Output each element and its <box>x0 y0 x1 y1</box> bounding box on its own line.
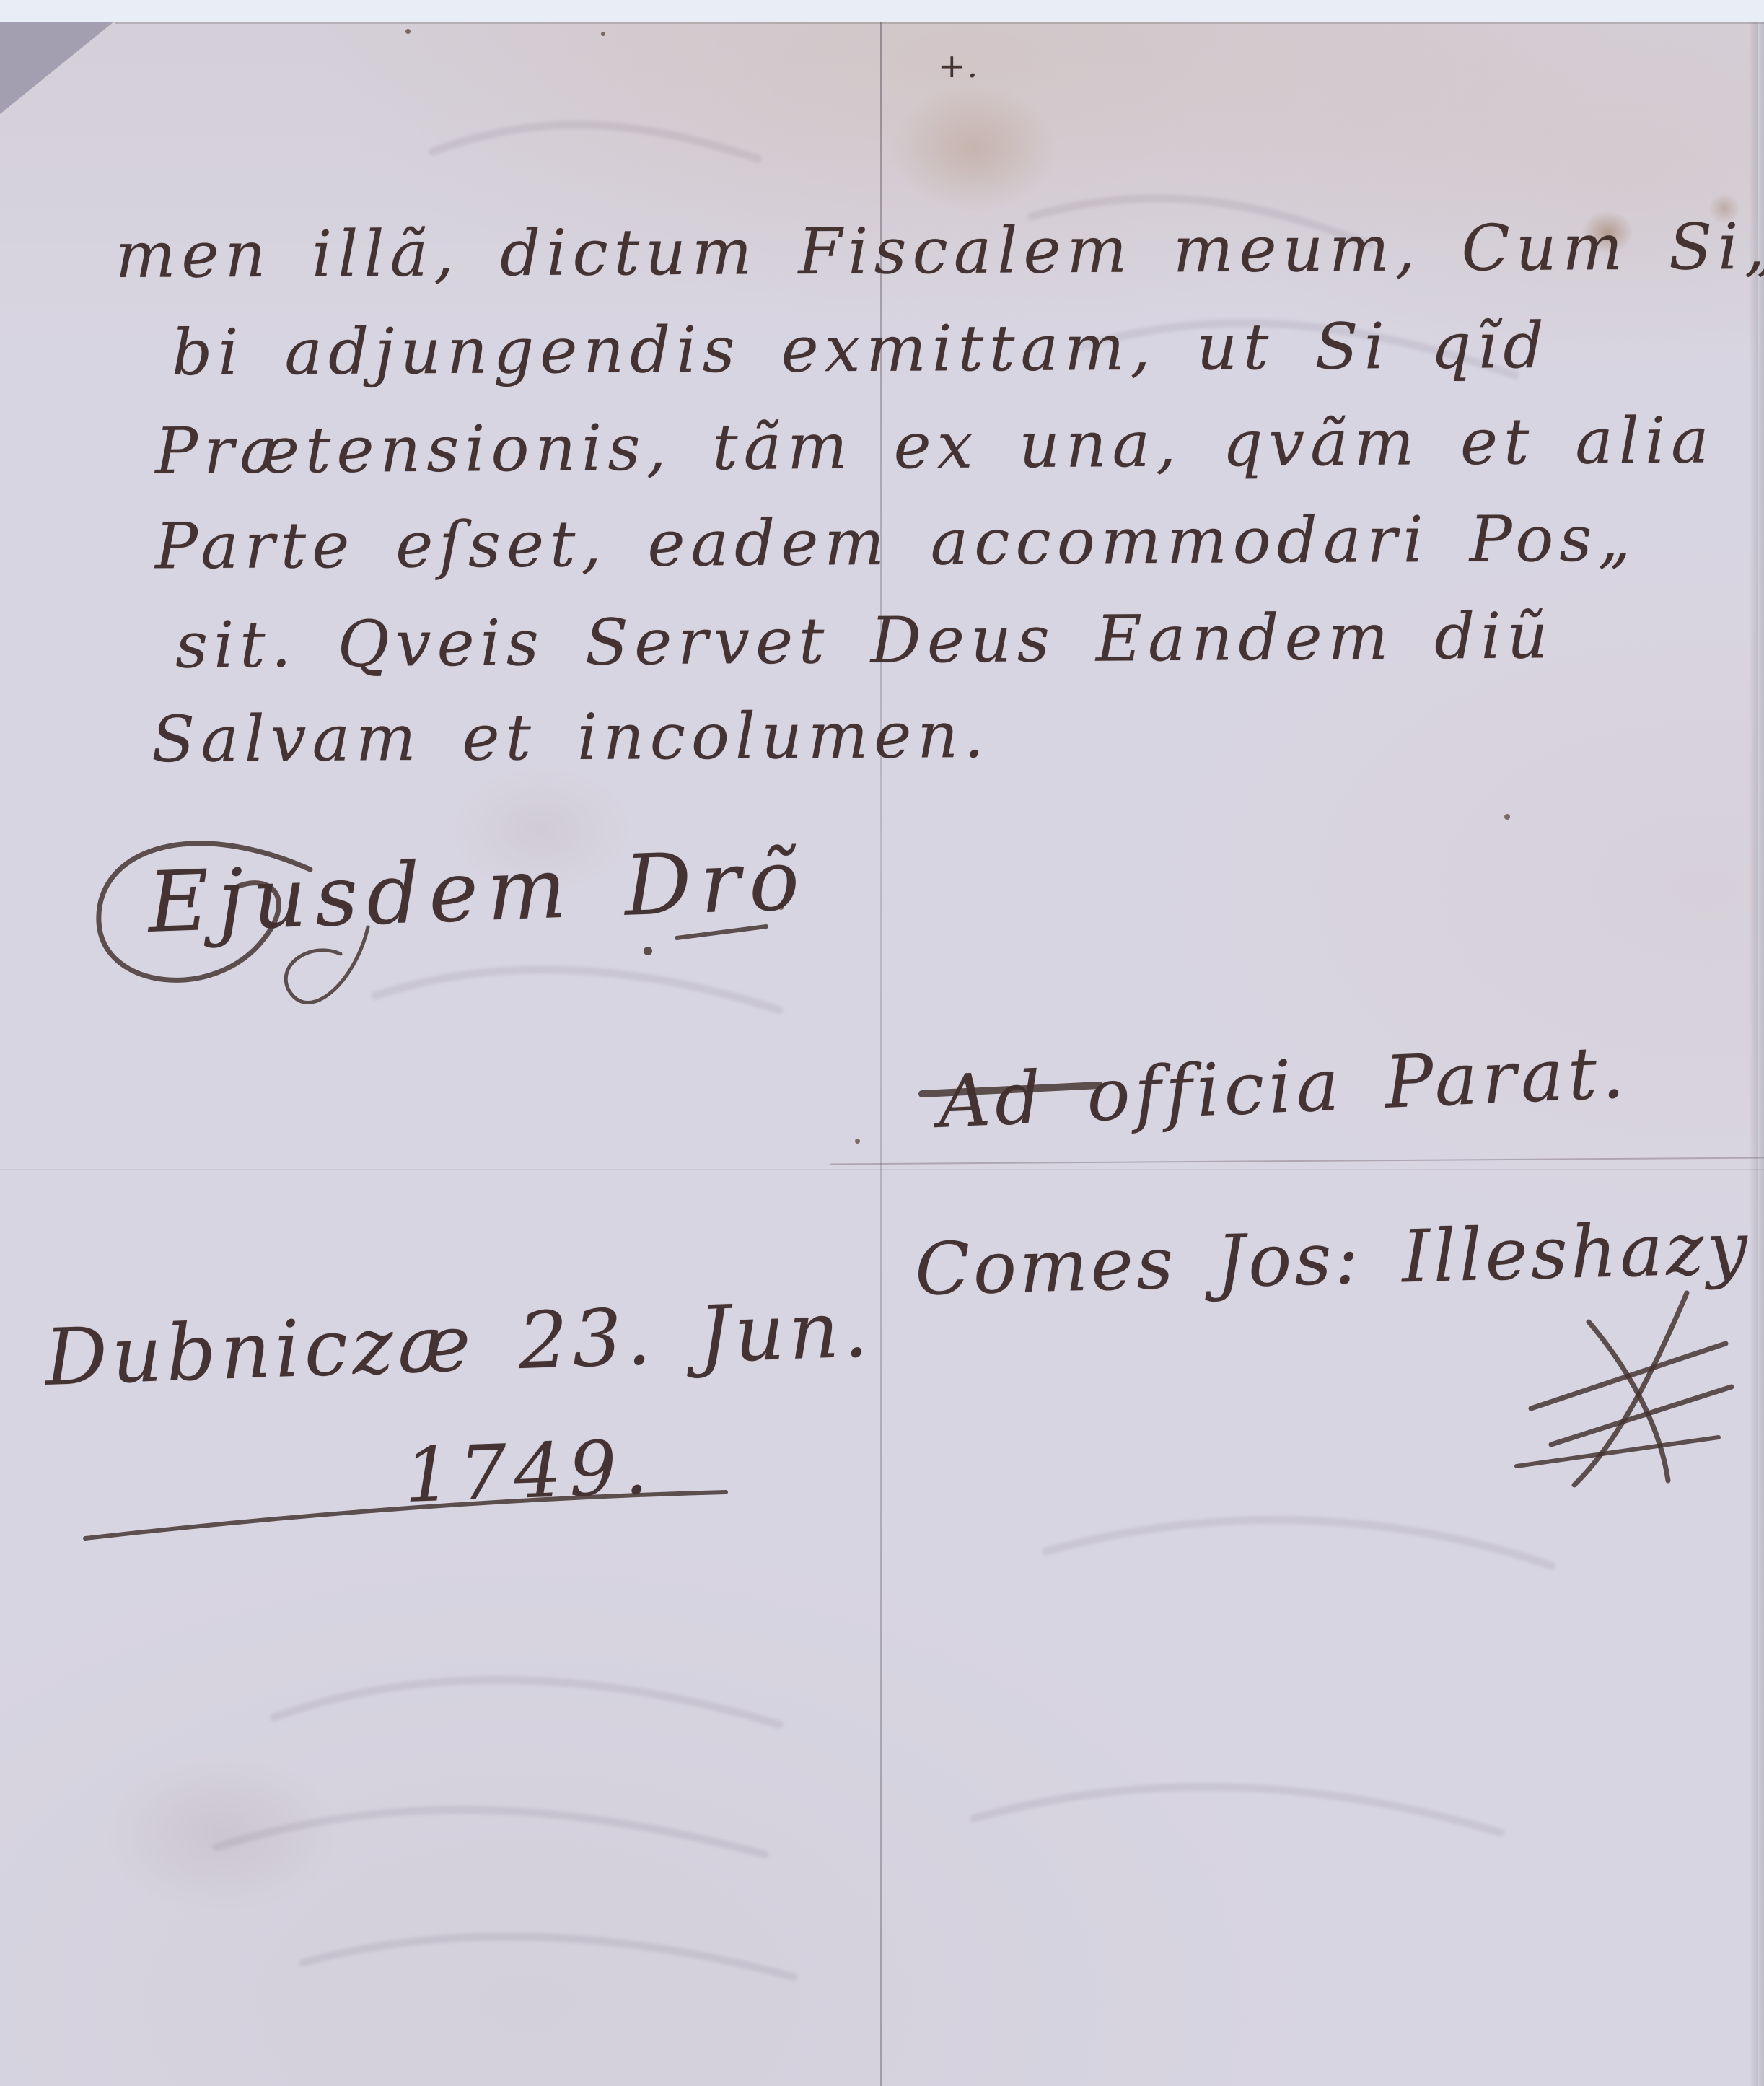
ink-speck <box>601 32 605 36</box>
ink-speck <box>855 1139 860 1144</box>
dateline-year: 1749. <box>403 1423 657 1520</box>
paper-top-edge <box>115 22 1764 24</box>
ink-speck <box>1504 814 1510 820</box>
manuscript-line-5: sit. Qveis Servet Deus Eandem diũ <box>175 598 1554 682</box>
horizontal-crease-faint <box>0 1169 1764 1170</box>
stain-spot <box>101 1753 339 1912</box>
ink-speck <box>405 29 411 34</box>
manuscript-line-3: Prætensionis, tãm ex una, qvãm et alia <box>155 403 1715 488</box>
page-mark: +. <box>938 46 979 85</box>
manuscript-line-1: men illã, dictum Fiscalem meum, Cum Si„ <box>115 209 1764 292</box>
manuscript-line-2: bi adjungendis exmittam, ut Si qĩd <box>172 308 1550 390</box>
paper-right-edge-shadow <box>1749 22 1764 2086</box>
manuscript-line-4: Parte eſset, eadem accommodari Pos„ <box>155 501 1637 584</box>
manuscript-line-6: Salvam et incolumen. <box>152 698 991 776</box>
stain-spot <box>891 85 1057 211</box>
